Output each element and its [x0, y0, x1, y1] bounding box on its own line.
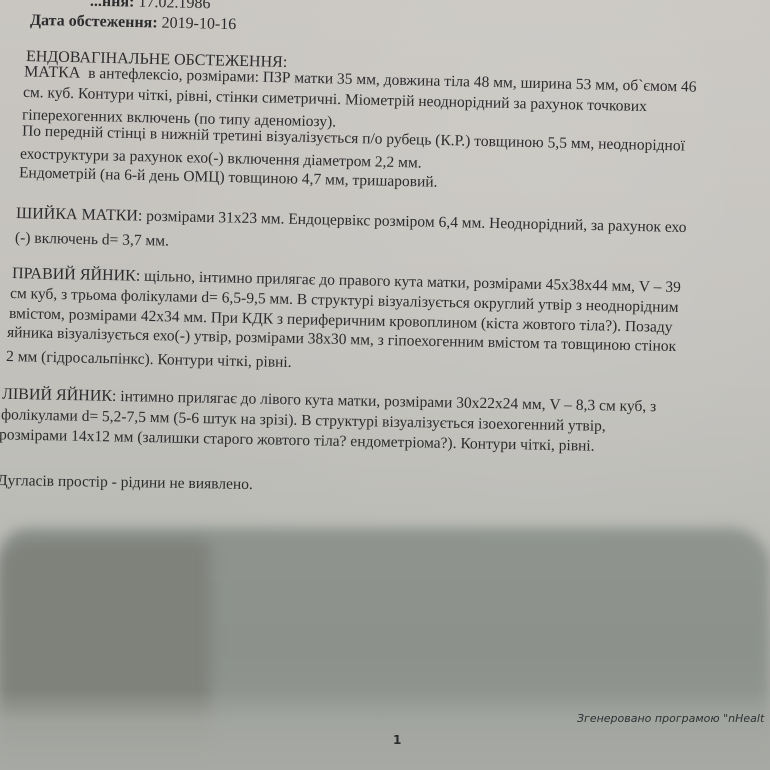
exam-date-row: Дата обстеження: 2019-10-16	[30, 12, 237, 34]
cervix-line-2: (-) включень d= 3,7 мм.	[15, 229, 169, 250]
uterus-heading: МАТКА	[24, 63, 81, 81]
medical-report: ...ння: 17.02.1986 Дата обстеження: 2019…	[0, 0, 770, 770]
cervix-text: розмірами 31x23 мм. Ендоцервікс розміром…	[146, 208, 687, 236]
birth-date-row: ...ння: 17.02.1986	[90, 0, 211, 13]
left-ovary-heading: ЛІВИЙ ЯЙНИК:	[2, 386, 117, 405]
birth-date-value: 17.02.1986	[138, 0, 210, 12]
page-number: 1	[393, 733, 401, 747]
generated-by-footer: Згенеровано програмою "nHealt	[577, 712, 764, 725]
cervix-heading: ШИЙКА МАТКИ:	[16, 205, 143, 225]
birth-date-label: ...ння:	[90, 0, 135, 11]
exam-date-value: 2019-10-16	[161, 15, 236, 34]
right-ovary-heading: ПРАВИЙ ЯЙНИК:	[12, 265, 141, 285]
exam-date-label: Дата обстеження:	[30, 12, 158, 32]
douglas-space: Дугласів простір - рідини не виявлено.	[0, 472, 253, 494]
right-ovary-line-5: 2 мм (гідросальпінкс). Контури чіткі, рі…	[6, 348, 292, 372]
